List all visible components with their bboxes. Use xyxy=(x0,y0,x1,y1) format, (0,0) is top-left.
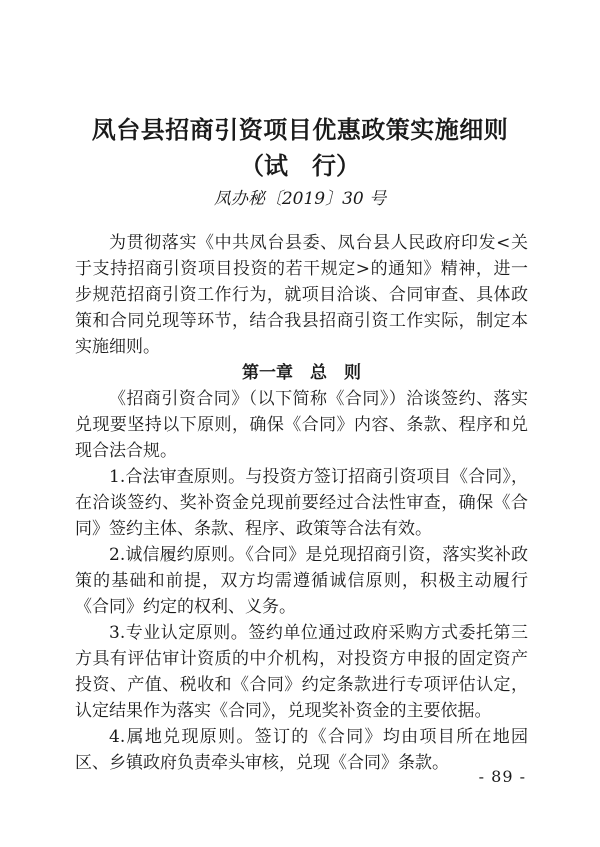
paragraph-intro: 为贯彻落实《中共凤台县委、凤台县人民政府印发<关于支持招商引资项目投资的若干规定… xyxy=(75,230,528,360)
document-title: 凤台县招商引资项目优惠政策实施细则 xyxy=(0,114,600,146)
paragraph-principle-1: 1.合法审查原则。与投资方签订招商引资项目《合同》，在洽谈签约、奖补资金兑现前要… xyxy=(75,464,528,542)
paragraph-principle-4: 4.属地兑现原则。签订的《合同》均由项目所在地园区、乡镇政府负责牵头审核，兑现《… xyxy=(75,724,528,776)
chapter-heading: 第一章 总 则 xyxy=(75,360,528,386)
document-subtitle: （试 行） xyxy=(0,150,600,182)
paragraph-principle-2: 2.诚信履约原则。《合同》是兑现招商引资，落实奖补政策的基础和前提，双方均需遵循… xyxy=(75,542,528,620)
document-number: 凤办秘〔2019〕30 号 xyxy=(0,188,600,210)
page-number: - 89 - xyxy=(479,766,526,788)
document-body: 为贯彻落实《中共凤台县委、凤台县人民政府印发<关于支持招商引资项目投资的若干规定… xyxy=(75,230,528,776)
paragraph-principles-intro: 《招商引资合同》（以下简称《合同》）洽谈签约、落实兑现要坚持以下原则，确保《合同… xyxy=(75,386,528,464)
document-page: 凤台县招商引资项目优惠政策实施细则 （试 行） 凤办秘〔2019〕30 号 为贯… xyxy=(0,0,600,847)
paragraph-principle-3: 3.专业认定原则。签约单位通过政府采购方式委托第三方具有评估审计资质的中介机构，… xyxy=(75,620,528,724)
